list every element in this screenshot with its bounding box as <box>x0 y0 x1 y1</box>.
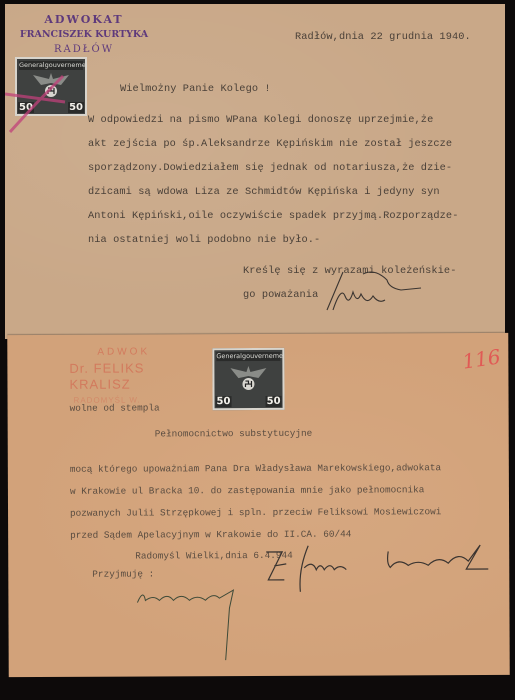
advocate-stamp: ADWOKAT FRANCISZEK KURTYKA RADŁÓW <box>9 12 159 57</box>
stamp-line-2: FRANCISZEK KURTYKA <box>9 27 159 42</box>
power-of-attorney-sheet: ADWOK Dr. FELIKS KRALISZ RADOMYŚL W. Gen… <box>7 333 509 677</box>
advocate-stamp-red: ADWOK Dr. FELIKS KRALISZ RADOMYŚL W. <box>69 344 189 409</box>
stamp-line-3: RADŁÓW <box>9 42 159 57</box>
stamp-line-2: Dr. FELIKS KRALISZ <box>69 360 189 393</box>
exemption-note: wolne od stempla <box>70 402 160 413</box>
body-line: akt zejścia po śp.Aleksandrze Kępińskim … <box>88 138 452 150</box>
stamp-line-1: ADWOKAT <box>9 12 159 27</box>
stamp-line-1: ADWOK <box>69 344 189 361</box>
body-line: dzicami są wdowa Liza ze Schmidtów Kępiń… <box>88 186 440 198</box>
body-line: Antoni Kępiński,oile oczywiście spadek p… <box>88 210 458 222</box>
stamp-value-left: 50 <box>216 396 232 407</box>
body-line: W odpowiedzi na pismo WPana Kolegi donos… <box>88 114 433 126</box>
signature <box>305 266 435 316</box>
date-line: Radłów,dnia 22 grudnia 1940. <box>295 31 471 43</box>
body-line: w Krakowie ul Bracka 10. do zastępowania… <box>70 484 424 497</box>
document-title: Pełnomocnictwo substytucyjne <box>155 428 313 440</box>
accept-label: Przyjmuję : <box>92 568 154 579</box>
salutation: Wielmożny Panie Kolego ! <box>120 83 271 95</box>
letter-sheet: ADWOKAT FRANCISZEK KURTYKA RADŁÓW Genera… <box>5 4 505 339</box>
eagle-emblem-icon <box>228 359 268 391</box>
cancellation-mark <box>5 64 95 134</box>
issuer-signature <box>258 539 498 600</box>
body-line: pozwanych Julii Strzępkowej i spln. prze… <box>70 506 441 519</box>
acceptor-signature <box>133 580 243 670</box>
archive-number: 116 <box>461 344 502 373</box>
body-line: nia ostatniej woli podobno nie było.- <box>88 234 320 246</box>
body-line: sporządzony.Dowiedziałem się jednak od n… <box>88 162 452 174</box>
revenue-stamp: Generalgouvernement 50 50 <box>212 348 284 410</box>
body-line: mocą którego upoważniam Pana Dra Władysł… <box>70 462 441 475</box>
stamp-value-right: 50 <box>266 396 282 407</box>
